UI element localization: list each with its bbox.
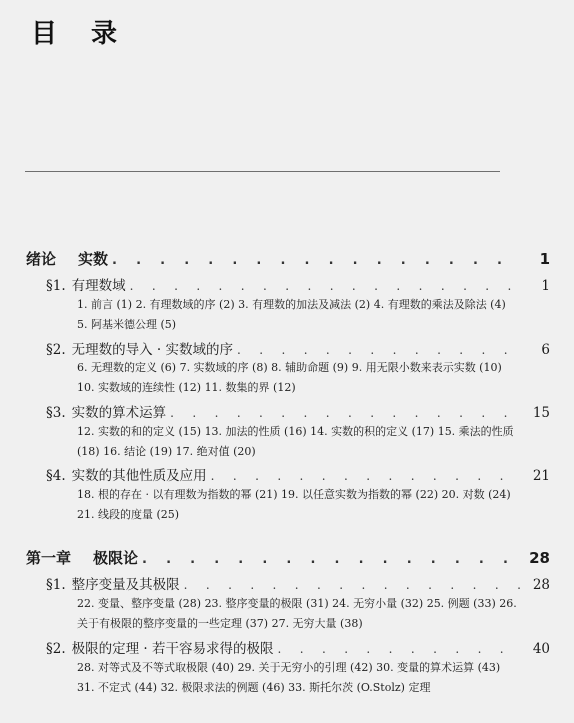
dot-leader: . . . . . . . . . . . . . . . . . . . . …: [237, 343, 522, 357]
dot-leader: . . . . . . . . . . . . . . . . . . . . …: [112, 253, 522, 268]
page-title: 目录: [31, 13, 117, 50]
toc-chapter-1[interactable]: 第一章极限论 . . . . . . . . . . . . . . . . .…: [26, 547, 550, 568]
section-title: 极限的定理 · 若干容易求得的极限: [72, 637, 274, 657]
section-title: 实数的其他性质及应用: [72, 464, 207, 484]
page-number: 28: [529, 549, 550, 567]
toc-section[interactable]: §2. 极限的定理 · 若干容易求得的极限 . . . . . . . . . …: [46, 637, 550, 657]
section-number: §4.: [46, 468, 66, 484]
section-subitems: 6. 无理数的定义 (6) 7. 实数域的序 (8) 8. 辅助命题 (9) 9…: [77, 358, 517, 398]
page-number: 1: [530, 278, 550, 294]
divider-rule: [25, 171, 500, 172]
title-char-2: 录: [91, 13, 117, 50]
section-number: §3.: [46, 405, 66, 421]
toc-section[interactable]: §3. 实数的算术运算 . . . . . . . . . . . . . . …: [46, 401, 550, 421]
page-number: 28: [530, 577, 550, 593]
section-subitems: 28. 对等式及不等式取极限 (40) 29. 关于无穷小的引理 (42) 30…: [77, 658, 517, 698]
chapter-label: 第一章极限论: [26, 547, 138, 568]
page-number: 15: [530, 405, 550, 421]
chapter-label: 绪论实数: [26, 248, 108, 269]
dot-leader: . . . . . . . . . . . . . . . . . . . . …: [211, 469, 522, 483]
dot-leader: . . . . . . . . . . . . . . . . . . . . …: [130, 279, 522, 293]
dot-leader: . . . . . . . . . . . . . . . . . . . . …: [170, 406, 522, 420]
section-number: §2.: [46, 641, 66, 657]
section-title: 整序变量及其极限: [72, 573, 180, 593]
toc-section[interactable]: §1. 整序变量及其极限 . . . . . . . . . . . . . .…: [46, 573, 550, 593]
section-title: 实数的算术运算: [72, 401, 167, 421]
dot-leader: . . . . . . . . . . . . . . . . . . . . …: [278, 642, 522, 656]
section-number: §1.: [46, 577, 66, 593]
toc-section[interactable]: §4. 实数的其他性质及应用 . . . . . . . . . . . . .…: [46, 464, 550, 484]
toc-chapter-intro[interactable]: 绪论实数 . . . . . . . . . . . . . . . . . .…: [26, 248, 550, 269]
toc-section[interactable]: §1. 有理数域 . . . . . . . . . . . . . . . .…: [46, 274, 550, 294]
section-number: §1.: [46, 278, 66, 294]
page-number: 6: [530, 342, 550, 358]
toc-section[interactable]: §2. 无理数的导入 · 实数域的序 . . . . . . . . . . .…: [46, 338, 550, 358]
section-subitems: 1. 前言 (1) 2. 有理数域的序 (2) 3. 有理数的加法及减法 (2)…: [77, 295, 517, 335]
page-number: 21: [530, 468, 550, 484]
section-subitems: 12. 实数的和的定义 (15) 13. 加法的性质 (16) 14. 实数的积…: [77, 422, 517, 462]
page-number: 40: [530, 641, 550, 657]
section-title: 有理数域: [72, 274, 126, 294]
dot-leader: . . . . . . . . . . . . . . . . . . . . …: [184, 578, 522, 592]
section-title: 无理数的导入 · 实数域的序: [72, 338, 233, 358]
section-subitems: 18. 根的存在 · 以有理数为指数的幂 (21) 19. 以任意实数为指数的幂…: [77, 485, 517, 525]
section-subitems: 22. 变量、整序变量 (28) 23. 整序变量的极限 (31) 24. 无穷…: [77, 594, 517, 634]
page-number: 1: [530, 250, 550, 268]
title-char-1: 目: [31, 13, 57, 50]
section-number: §2.: [46, 342, 66, 358]
dot-leader: . . . . . . . . . . . . . . . . . . . . …: [142, 552, 521, 567]
